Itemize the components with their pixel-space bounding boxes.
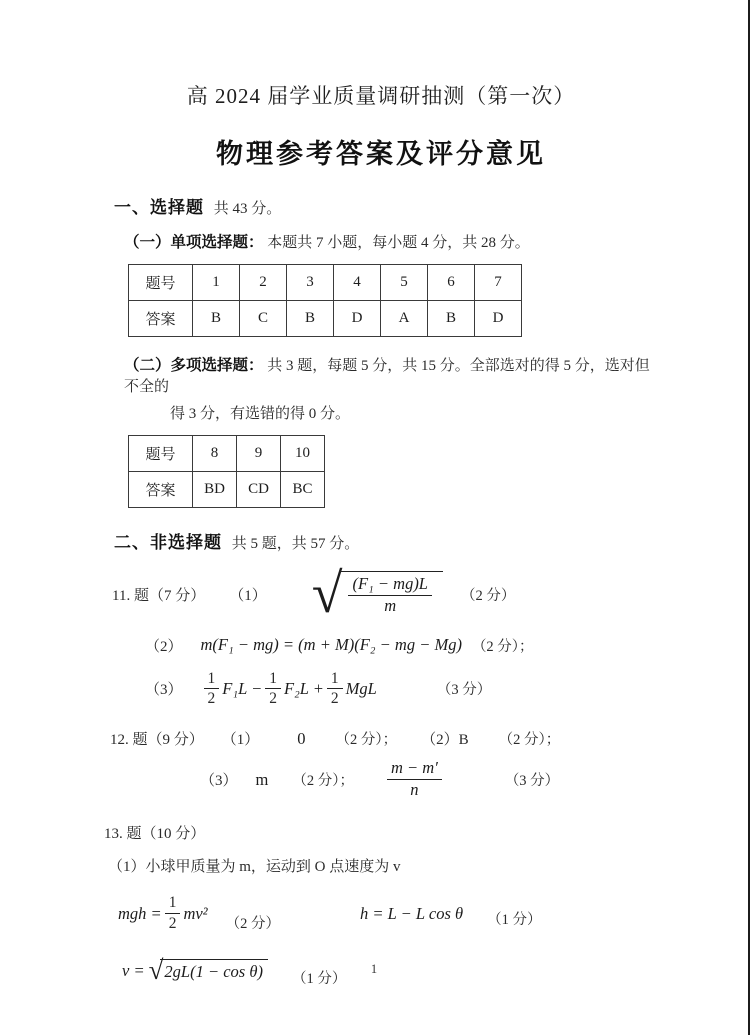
part1-note: 本题共 7 小题，每小题 4 分，共 28 分。 — [267, 235, 530, 251]
table1-number: 5 — [381, 265, 428, 301]
fraction-numerator: 1 — [204, 670, 220, 690]
table2-number: 8 — [193, 436, 237, 472]
q13-formula1-rhs: mv² — [183, 904, 207, 924]
page-subtitle: 物理参考答案及评分意见 — [100, 132, 662, 171]
fraction-denominator: n — [410, 780, 418, 800]
table1-number: 4 — [334, 265, 381, 301]
part1-line: （一）单项选择题： 本题共 7 小题，每小题 4 分，共 28 分。 — [124, 230, 662, 252]
table2-header-answer: 答案 — [129, 472, 193, 508]
q12-line2: （3） m （2 分）； m − m′ n （3 分） — [200, 759, 662, 800]
q11-part1-score: （2 分） — [461, 584, 515, 605]
fraction: (F₁ − mg)L m — [348, 575, 432, 616]
page-number: 1 — [0, 962, 748, 977]
table1-answer: B — [193, 301, 240, 337]
table1-number: 6 — [428, 265, 475, 301]
part2-note-line2: 得 3 分，有选错的得 0 分。 — [170, 402, 662, 423]
table2-header-number: 题号 — [129, 436, 193, 472]
part1-label: （一）单项选择题： — [124, 234, 264, 251]
q11-part3-term3: MgL — [346, 679, 377, 699]
radical-sign: √ — [312, 571, 343, 619]
section1-heading-note: 共 43 分。 — [214, 201, 282, 217]
table1-answer: B — [428, 301, 475, 337]
document-content: 高 2024 届学业质量调研抽测（第一次） 物理参考答案及评分意见 一、选择题 … — [0, 0, 748, 988]
q12-label: 12. 题（9 分） — [110, 728, 204, 749]
q13-part1-text: （1）小球甲质量为 m，运动到 O 点速度为 v — [108, 855, 401, 876]
table1-answer: D — [334, 301, 381, 337]
q11-part3-label: （3） — [145, 678, 183, 699]
table-row: 题号 8 9 10 — [129, 436, 325, 472]
table1-number: 1 — [193, 265, 240, 301]
fraction-numerator: 1 — [265, 670, 281, 690]
part2-label: （二）多项选择题： — [124, 357, 264, 374]
answer-table-multi-choice: 题号 8 9 10 答案 BD CD BC — [128, 435, 325, 508]
table-row: 答案 BD CD BC — [129, 472, 325, 508]
document-page: 高 2024 届学业质量调研抽测（第一次） 物理参考答案及评分意见 一、选择题 … — [0, 0, 750, 1035]
q12-part2-score: （2 分）； — [499, 728, 561, 749]
q11-part3-line: （3） 1 2 F₁L − 1 2 F₂L + 1 2 MgL （3 分） — [145, 670, 662, 709]
section2-heading-label: 二、非选择题 — [114, 533, 222, 552]
table-row: 答案 B C B D A B D — [129, 301, 522, 337]
q12-part3-answer: m — [256, 770, 269, 790]
fraction-numerator: 1 — [165, 894, 181, 914]
fraction-denominator: 2 — [208, 689, 216, 708]
q12-part1-score: （2 分）； — [336, 728, 398, 749]
table2-answer: BC — [281, 472, 325, 508]
answer-table-single-choice: 题号 1 2 3 4 5 6 7 答案 B C B D A B D — [128, 264, 522, 337]
fraction-numerator: (F₁ − mg)L — [348, 575, 432, 596]
section1-heading-label: 一、选择题 — [114, 198, 204, 217]
section2-heading: 二、非选择题 共 5 题，共 57 分。 — [114, 528, 662, 553]
q12-part1-label: （1） — [222, 728, 260, 749]
table1-answer: B — [287, 301, 334, 337]
q13-formula2: h = L − L cos θ — [360, 904, 463, 924]
half-fraction: 1 2 — [327, 670, 343, 709]
table1-answer: A — [381, 301, 428, 337]
q11-part3-term1: F₁L − — [222, 679, 262, 699]
q12-part3-fraction: m − m′ n — [387, 759, 442, 800]
q12-line1: 12. 题（9 分） （1） 0 （2 分）； （2）B （2 分）； — [110, 728, 662, 749]
q11-part1-label: （1） — [229, 584, 267, 605]
table-row: 题号 1 2 3 4 5 6 7 — [129, 265, 522, 301]
table1-answer: C — [240, 301, 287, 337]
table1-header-answer: 答案 — [129, 301, 193, 337]
q11-part3-score: （3 分） — [437, 678, 491, 699]
half-fraction: 1 2 — [165, 894, 181, 933]
q12-part3-score: （2 分）； — [292, 769, 354, 790]
table2-number: 10 — [281, 436, 325, 472]
page-title: 高 2024 届学业质量调研抽测（第一次） — [100, 80, 662, 110]
q12-part2-label: （2）B — [421, 728, 469, 749]
q11-part1-line: 11. 题（7 分） （1） √ (F₁ − mg)L m （2 分） — [112, 571, 662, 619]
q11-label: 11. 题（7 分） — [112, 584, 205, 605]
q11-part2-label: （2） — [145, 635, 183, 656]
fraction-denominator: 2 — [331, 689, 339, 708]
table1-number: 7 — [475, 265, 522, 301]
q11-part3-term2: F₂L + — [284, 679, 324, 699]
table2-answer: CD — [237, 472, 281, 508]
half-fraction: 1 2 — [204, 670, 220, 709]
q11-part2-score: （2 分）； — [472, 635, 534, 656]
fraction-numerator: m − m′ — [387, 759, 442, 780]
section2-heading-note: 共 5 题，共 57 分。 — [232, 536, 360, 552]
q12-part3-fraction-score: （3 分） — [505, 769, 559, 790]
table1-number: 2 — [240, 265, 287, 301]
table2-number: 9 — [237, 436, 281, 472]
section1-heading: 一、选择题 共 43 分。 — [114, 193, 662, 218]
fraction-denominator: m — [384, 596, 396, 616]
q11-part2-formula: m(F₁ − mg) = (m + M)(F₂ − mg − Mg) — [201, 635, 462, 655]
table1-answer: D — [475, 301, 522, 337]
part2-line: （二）多项选择题： 共 3 题，每题 5 分，共 15 分。全部选对的得 5 分… — [124, 353, 662, 423]
q11-part2-line: （2） m(F₁ − mg) = (m + M)(F₂ − mg − Mg) （… — [145, 635, 662, 656]
q13-label-line: 13. 题（10 分） — [104, 822, 662, 843]
half-fraction: 1 2 — [265, 670, 281, 709]
fraction-denominator: 2 — [269, 689, 277, 708]
q12-part1-answer: 0 — [297, 729, 305, 749]
q11-part1-sqrt-expression: √ (F₁ − mg)L m — [312, 571, 443, 619]
table1-header-number: 题号 — [129, 265, 193, 301]
q13-formula1-score: （2 分） — [226, 912, 280, 933]
fraction-denominator: 2 — [169, 914, 177, 933]
q12-part3-label: （3） — [200, 769, 238, 790]
q13-formula1-lhs: mgh = — [118, 904, 162, 924]
table1-number: 3 — [287, 265, 334, 301]
q13-part1-line: （1）小球甲质量为 m，运动到 O 点速度为 v — [108, 855, 662, 876]
q13-label: 13. 题（10 分） — [104, 822, 205, 843]
table2-answer: BD — [193, 472, 237, 508]
q13-formula1-line: mgh = 1 2 mv² （2 分） h = L − L cos θ （1 分… — [118, 894, 662, 933]
q13-formula2-score: （1 分） — [487, 908, 541, 929]
fraction-numerator: 1 — [327, 670, 343, 690]
